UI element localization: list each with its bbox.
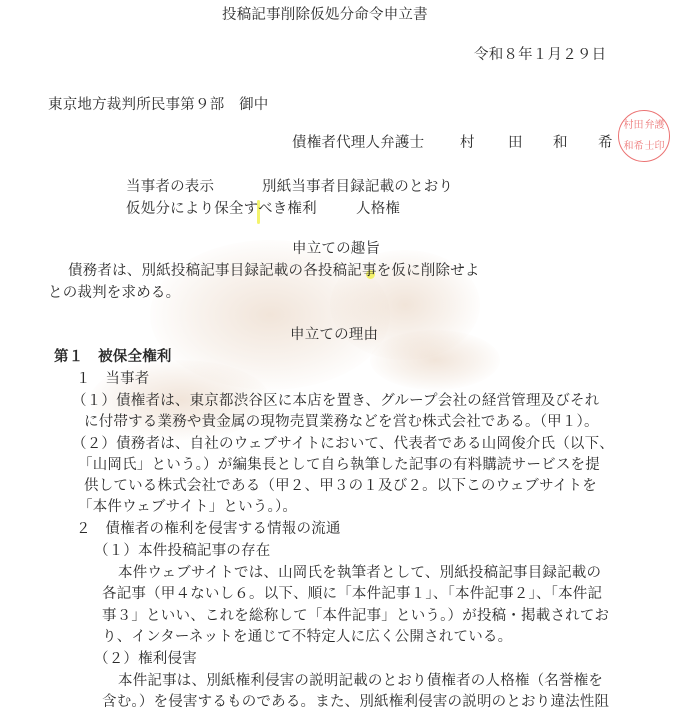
attorney-role: 債権者代理人弁護士 (292, 134, 424, 152)
attorney-name-char: 田 (508, 134, 523, 152)
paragraph-line: 供している株式会社である（甲２、甲３の１及び２。以下このウェブサイトを (84, 477, 597, 495)
rights-value: 人格権 (356, 200, 400, 218)
attorney-name-char: 和 (553, 134, 568, 152)
attorney-name-char: 村 (460, 134, 475, 152)
rights-label: 仮処分により保全すべき権利 (126, 200, 317, 218)
paragraph-line: （１）債権者は、東京都渋谷区に本店を置き、グループ会社の経営管理及びそれ (72, 392, 599, 410)
seal-text: 弁護 (645, 120, 665, 131)
item-1-heading: １ 当事者 (76, 370, 150, 388)
attorney-seal-stamp: 村田 弁護 和希 士印 (618, 110, 670, 162)
document-title: 投稿記事削除仮処分命令申立書 (222, 6, 428, 24)
seal-text: 和希 (624, 141, 644, 152)
paragraph-line: 本件記事は、別紙権利侵害の説明記載のとおり債権者の人格権（名誉権を (118, 672, 603, 690)
paragraph-line: 「山岡氏」という。）が編集長として自ら執筆した記事の有料購読サービスを提 (78, 456, 600, 474)
subitem-heading: （２）権利侵害 (94, 650, 197, 668)
purpose-line: との裁判を求める。 (48, 284, 180, 302)
attorney-name-char: 希 (598, 134, 613, 152)
paragraph-line: り、インターネットを通じて不特定人に広く公開されている。 (102, 628, 512, 646)
paragraph-line: 本件ウェブサイトでは、山岡氏を執筆者として、別紙投稿記事目録記載の (118, 564, 601, 582)
scan-stain (370, 330, 500, 390)
paragraph-line: 事３」といい、これを総称して「本件記事」という。）が投稿・掲載されてお (102, 607, 609, 625)
purpose-line: 債務者は、別紙投稿記事目録記載の各投稿記事を仮に削除せよ (68, 262, 480, 280)
paragraph-line: 含む。）を侵害するものである。また、別紙権利侵害の説明のとおり違法性阻 (102, 693, 609, 711)
reasons-heading: 申立ての理由 (290, 326, 378, 344)
document-date: 令和８年１月２９日 (474, 46, 606, 64)
scanned-document-page: 投稿記事削除仮処分命令申立書 令和８年１月２９日 東京地方裁判所民事第９部 御中… (0, 0, 692, 712)
paragraph-line: 「本件ウェブサイト」という。）。 (78, 498, 297, 516)
paragraph-line: に付帯する業務や貴金属の現物売買業務などを営む株式会社である。（甲１）。 (84, 413, 599, 431)
section-1-heading: 第１ 被保全権利 (54, 348, 172, 366)
addressee: 東京地方裁判所民事第９部 御中 (48, 96, 269, 114)
seal-text: 士印 (645, 141, 665, 152)
paragraph-line: （２）債務者は、自社のウェブサイトにおいて、代表者である山岡俊介氏（以下、 (72, 435, 614, 453)
parties-label: 当事者の表示 (126, 178, 214, 196)
seal-text: 村田 (624, 120, 644, 131)
subitem-heading: （１）本件投稿記事の存在 (94, 542, 270, 560)
item-2-heading: ２ 債権者の権利を侵害する情報の流通 (76, 520, 341, 538)
purpose-heading: 申立ての趣旨 (292, 240, 380, 258)
paragraph-line: 各記事（甲４ないし６。以下、順に「本件記事１」、「本件記事２」、「本件記 (102, 585, 602, 603)
parties-value: 別紙当事者目録記載のとおり (262, 178, 453, 196)
